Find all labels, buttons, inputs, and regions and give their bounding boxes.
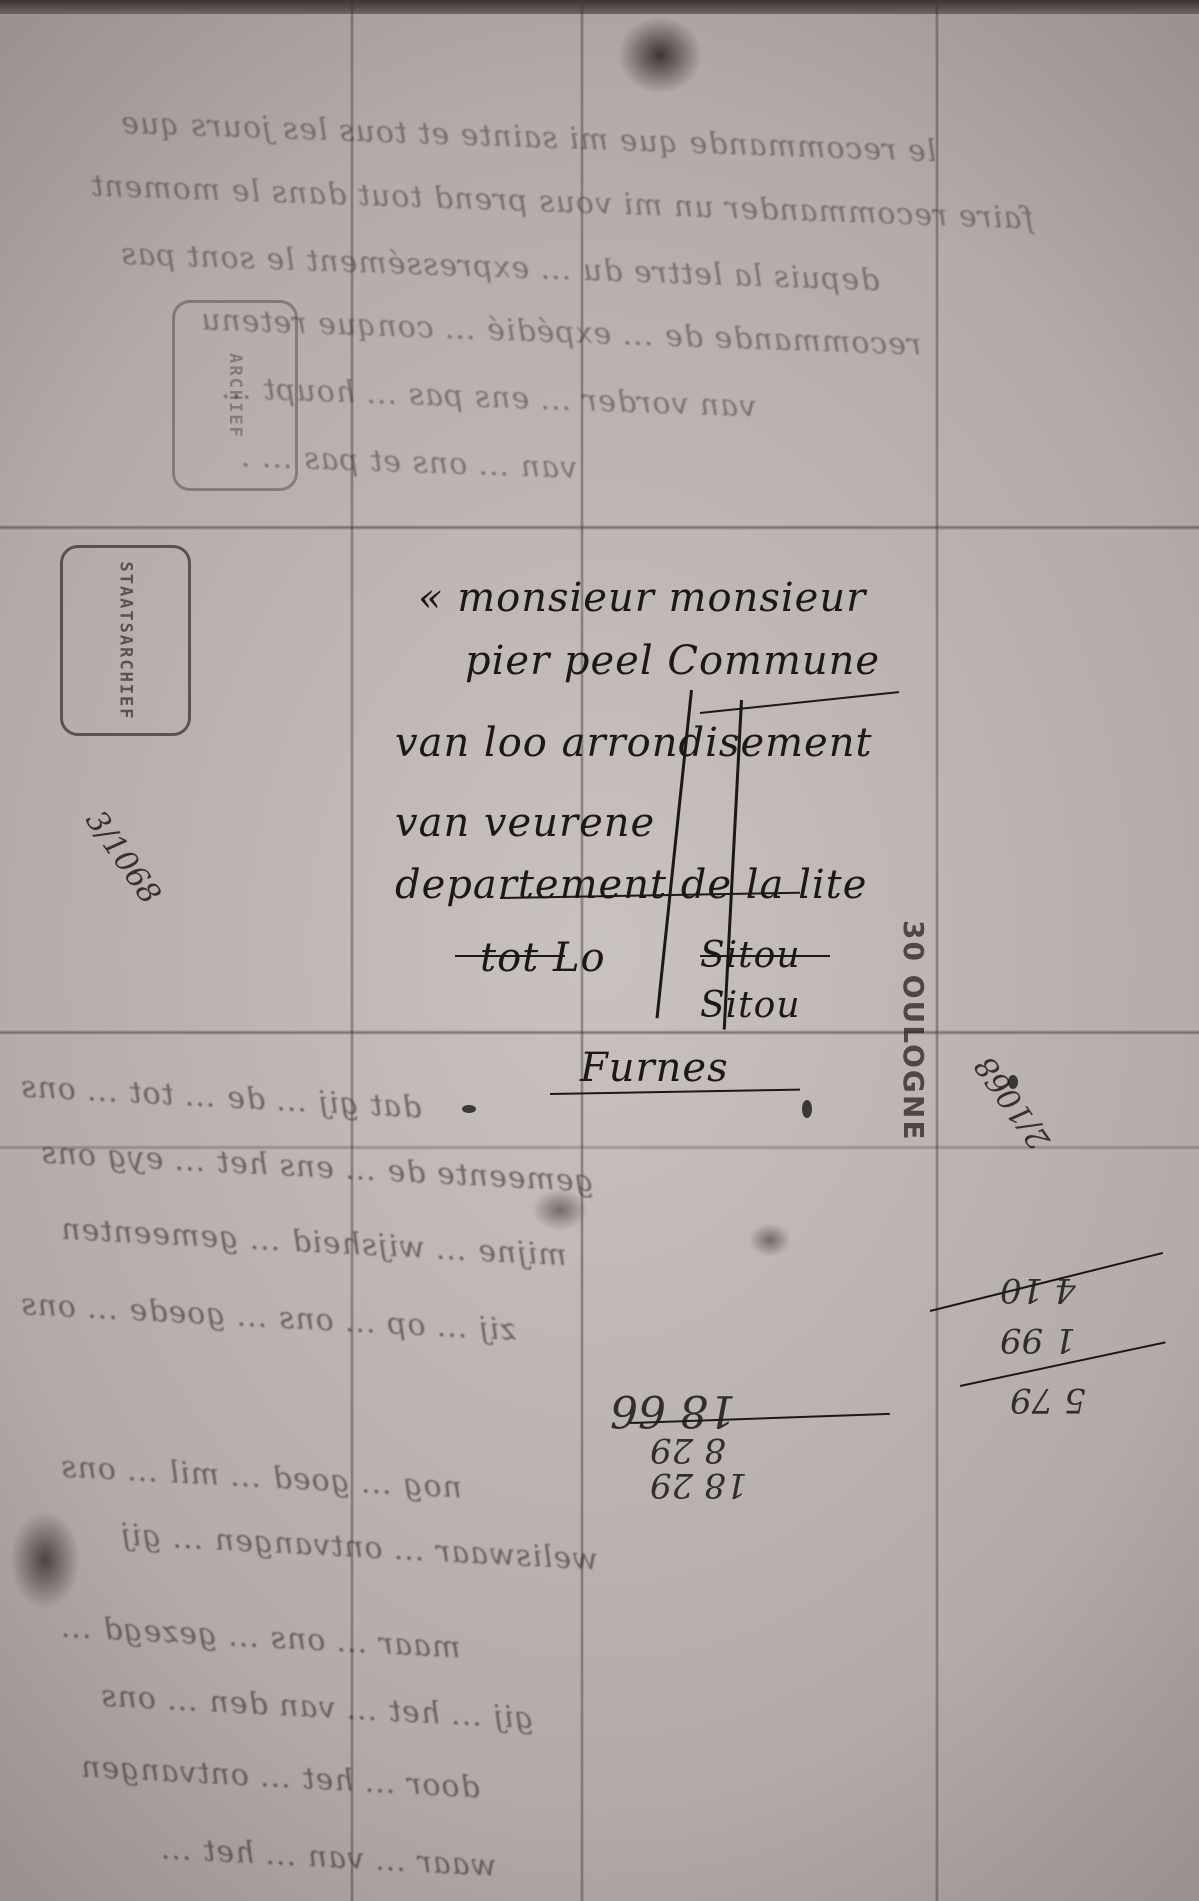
bleed-line: le recommande que mi sainte et tous les … <box>120 106 937 169</box>
ink-blot <box>462 1105 476 1113</box>
address-line-name: pier peel Commune <box>465 638 880 684</box>
ink-blot <box>1008 1075 1018 1089</box>
bleed-line: mijne ... wijsheid ... gemeenten <box>59 1212 567 1273</box>
sitou-underline <box>700 955 830 957</box>
letter-sheet: le recommande que mi sainte et tous les … <box>0 0 1199 1901</box>
bleed-line: door ... het ... ontvangen <box>79 1750 480 1806</box>
bleed-line: gij ... het ... van den ... ons <box>99 1679 534 1737</box>
bleed-line: weliswaar ... ontvangen ... gij <box>119 1518 598 1578</box>
horizontal-fold-lower <box>0 1030 1199 1035</box>
bleed-line: van vorder ... ens pas ... houpt ... <box>220 371 757 425</box>
bleed-line: depuis la lettre du ... expressément le … <box>120 237 880 298</box>
bleed-line: zij ... op ... ons ... goede ... ons <box>19 1287 516 1348</box>
calc-value: 18 29 <box>650 1465 747 1505</box>
bleed-line: recommande de ... expédié ... conque ret… <box>200 302 922 362</box>
archive-stamp-upper: ARCHIEF <box>172 300 298 491</box>
archive-stamp-text: STAATSARCHIEF <box>116 561 136 720</box>
address-line-salutation: « monsieur monsieur <box>418 575 866 621</box>
address-line-arrondissement: van loo arrondisement <box>395 720 873 766</box>
vertical-fold-left <box>350 0 354 1901</box>
left-margin-fraction: 3/1068 <box>78 804 167 911</box>
right-margin-fraction: 2/1068 <box>968 1049 1057 1156</box>
ink-blot <box>802 1100 812 1118</box>
calc-value: 8 29 <box>650 1430 726 1470</box>
archive-stamp-text: ARCHIEF <box>225 353 245 439</box>
boulogne-postmark: 30 OULOGNE <box>897 920 930 1141</box>
calc-value: 1 99 <box>1000 1320 1076 1360</box>
address-line-furnes: Furnes <box>580 1045 729 1091</box>
bleed-line: faire recommander un mi vous prend tout … <box>90 169 1034 237</box>
vertical-fold-right <box>935 0 939 1901</box>
calc-value: 5 79 <box>1010 1380 1086 1420</box>
bleed-line: dat gij ... de ... tot ... ons <box>19 1070 422 1126</box>
arrondissement-stroke <box>700 691 899 714</box>
horizontal-fold-upper <box>0 525 1199 530</box>
address-line-sitou-2: Sitou <box>700 985 801 1026</box>
archive-stamp-lower: STAATSARCHIEF <box>60 545 191 736</box>
bleed-line: waar ... van ... het ... <box>159 1831 497 1884</box>
tot-underline <box>455 955 565 957</box>
calc-value: 18 66 <box>610 1385 736 1436</box>
address-line-town: van veurene <box>395 800 655 846</box>
address-line-tot: tot Lo <box>480 935 606 981</box>
address-line-department: departement de la lite <box>395 862 867 908</box>
bleed-line: nog ... goed ... mil ... ons <box>59 1449 463 1505</box>
torn-top-edge <box>0 0 1199 14</box>
bleed-line: maar ... ons ... gezegd ... <box>59 1610 461 1666</box>
